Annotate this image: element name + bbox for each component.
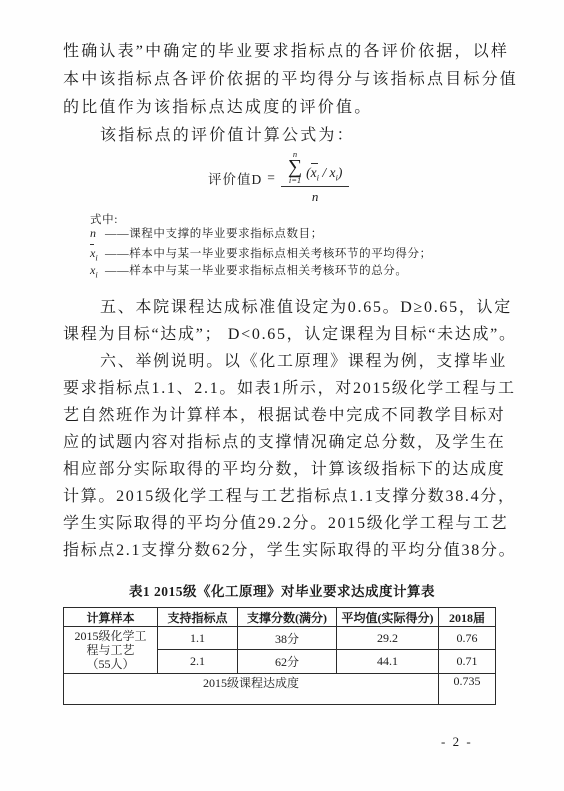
term-overbar: xi [90, 247, 98, 264]
paragraph-line: 课程为目标“达成”； D<0.65，认定课程为目标“未达成”。 [63, 321, 508, 348]
sample-line: 程与工艺 [64, 643, 157, 657]
sample-line: （55人） [64, 657, 157, 671]
summation-lower-limit: i=1 [289, 176, 301, 185]
formula-definitions: 式中: n——课程中支撑的毕业要求指标点数目； xi——样本中与某一毕业要求指标… [90, 214, 432, 282]
summation: n ∑ i=1 [288, 150, 302, 184]
cell-average: 29.2 [337, 627, 439, 650]
cell-indicator: 2.1 [158, 650, 238, 674]
definitions-label: 式中: [90, 214, 432, 227]
paragraph-line: 相应部分实际取得的平均分数，计算该级指标下的达成度 [63, 456, 508, 483]
attainment-table: 计算样本 支持指标点 支撑分数(满分) 平均值(实际得分) 2018届 2015… [63, 607, 496, 705]
paragraph-line: 性确认表”中确定的毕业要求指标点的各评价依据，以样 [63, 38, 508, 66]
fraction-denominator: n [312, 187, 319, 205]
paragraph-line: 应的试题内容对指标点的支撑情况确定总分数，及学生在 [63, 429, 508, 456]
paragraph-line: 本中该指标点各评价依据的平均得分与该指标点目标分值 [63, 66, 508, 94]
course-attainment-label: 2015级课程达成度 [64, 674, 439, 705]
header-average: 平均值(实际得分) [337, 608, 439, 627]
paragraph-line: 五、本院课程达成标准值设定为0.65。D≥0.65，认定 [63, 294, 508, 321]
term-base: n [90, 226, 96, 240]
definition-row: n——课程中支撑的毕业要求指标点数目； [90, 227, 432, 241]
paragraph-line: 计算。2015级化学工程与工艺指标点1.1支撑分数38.4分， [63, 483, 508, 510]
paragraph-line: 艺自然班作为计算样本，根据试卷中完成不同教学目标对 [63, 402, 508, 429]
summand-expression: (xi / xi) [306, 165, 342, 184]
definition-desc: ——样本中与某一毕业要求指标点相关考核环节的总分。 [105, 265, 408, 277]
x-bar-term: xi [311, 165, 319, 183]
definition-row: xi——样本中与某一毕业要求指标点相关考核环节的平均得分； [90, 247, 432, 264]
cell-value: 0.71 [439, 650, 496, 674]
header-support-score: 支撑分数(满分) [238, 608, 337, 627]
table-title: 表1 2015级《化工原理》对毕业要求达成度计算表 [0, 580, 564, 600]
paragraph-line: 六、举例说明。以《化工原理》课程为例，支撑毕业 [63, 348, 508, 375]
header-sample: 计算样本 [64, 608, 158, 627]
header-cohort: 2018届 [439, 608, 496, 627]
formula-equals: = [267, 170, 275, 186]
paragraph-6: 六、举例说明。以《化工原理》课程为例，支撑毕业 要求指标点1.1、2.1。如表1… [63, 348, 508, 564]
paragraph-line: 要求指标点1.1、2.1。如表1所示，对2015级化学工程与工 [63, 375, 508, 402]
close-paren: ) [338, 165, 343, 180]
definition-term-x: xi [90, 264, 105, 281]
definition-row: xi——样本中与某一毕业要求指标点相关考核环节的总分。 [90, 264, 432, 281]
paragraph-line: 学生实际取得的平均分值29.2分。2015级化学工程与工艺 [63, 510, 508, 537]
definition-term-n: n [90, 227, 105, 240]
table-footer-row: 2015级课程达成度 0.735 [64, 674, 496, 705]
x-bar-subscript: i [317, 173, 319, 183]
sample-line: 2015级化学工 [64, 629, 157, 643]
paragraph-line: 的比值作为该指标点达成度的评价值。 [63, 94, 508, 122]
formula-lhs: 评价值D [208, 168, 262, 188]
cell-support-score: 62分 [238, 650, 337, 674]
definition-desc: ——样本中与某一毕业要求指标点相关考核环节的平均得分； [105, 248, 432, 260]
evaluation-formula: 评价值D = n ∑ i=1 (xi / xi) n [208, 150, 349, 205]
paragraph-1: 性确认表”中确定的毕业要求指标点的各评价依据，以样 本中该指标点各评价依据的平均… [63, 38, 508, 150]
divide-sign: / [319, 165, 330, 180]
paragraph-line: 指标点2.1支撑分数62分，学生实际取得的平均分值38分。 [63, 537, 508, 564]
term-subscript: i [95, 252, 97, 262]
sample-cell: 2015级化学工 程与工艺 （55人） [64, 627, 158, 674]
paragraph-5: 五、本院课程达成标准值设定为0.65。D≥0.65，认定 课程为目标“达成”； … [63, 294, 508, 348]
term-subscript: i [95, 270, 97, 280]
table-row: 2015级化学工 程与工艺 （55人） 1.1 38分 29.2 0.76 [64, 627, 496, 650]
cell-support-score: 38分 [238, 627, 337, 650]
cell-indicator: 1.1 [158, 627, 238, 650]
cell-average: 44.1 [337, 650, 439, 674]
formula-intro-line: 该指标点的评价值计算公式为： [63, 122, 508, 150]
definition-desc: ——课程中支撑的毕业要求指标点数目； [105, 228, 323, 240]
cell-value: 0.76 [439, 627, 496, 650]
definition-term-xbar: xi [90, 247, 105, 264]
document-page: 性确认表”中确定的毕业要求指标点的各评价依据，以样 本中该指标点各评价依据的平均… [0, 0, 564, 791]
fraction-numerator: n ∑ i=1 (xi / xi) [281, 150, 350, 187]
header-indicator: 支持指标点 [158, 608, 238, 627]
sigma-icon: ∑ [288, 159, 302, 176]
table-header-row: 计算样本 支持指标点 支撑分数(满分) 平均值(实际得分) 2018届 [64, 608, 496, 627]
page-number: - 2 - [441, 734, 473, 750]
formula-fraction: n ∑ i=1 (xi / xi) n [281, 150, 350, 205]
course-attainment-value: 0.735 [439, 674, 496, 705]
